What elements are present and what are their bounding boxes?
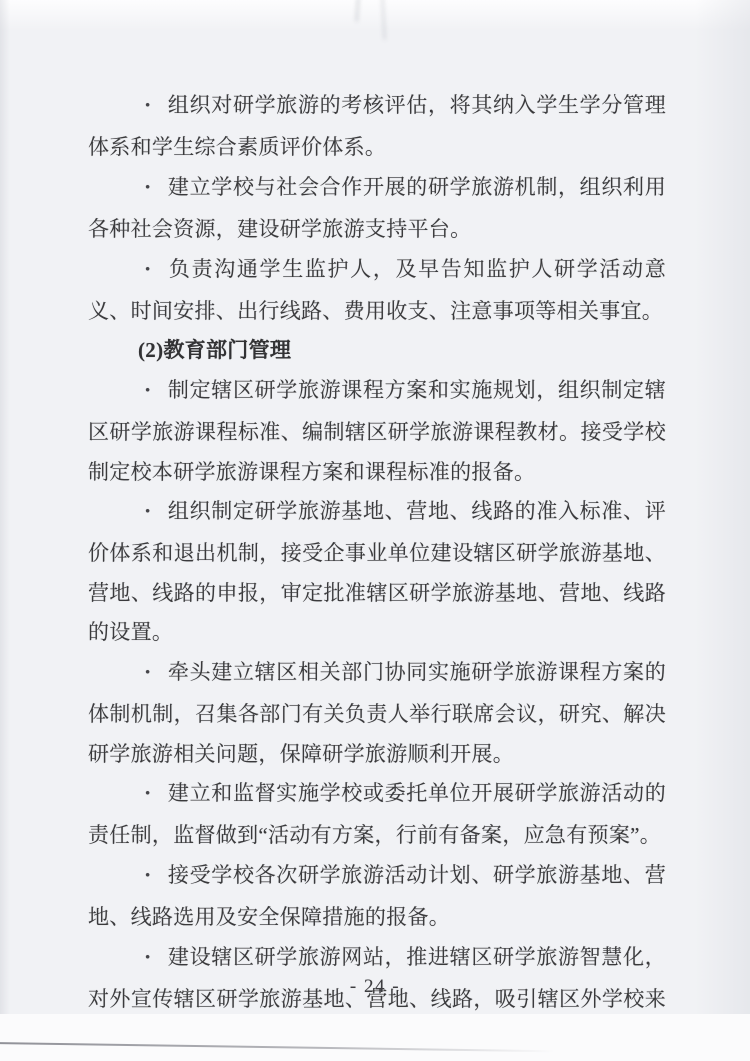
bullet-paragraph: •建立和监督实施学校或委托单位开展研学旅游活动的责任制，监督做到“活动有方案，行… — [88, 774, 666, 856]
paragraph-text: 组织对研学旅游的考核评估，将其纳入学生学分管理体系和学生综合素质评价体系。 — [88, 93, 666, 159]
paragraph-text: 建立学校与社会合作开展的研学旅游机制，组织利用各种社会资源，建设研学旅游支持平台… — [88, 175, 666, 241]
scan-top-light-band — [0, 0, 750, 30]
paragraph-text: 牵头建立辖区相关部门协同实施研学旅游课程方案的体制机制，召集各部门有关负责人举行… — [88, 660, 666, 766]
bullet-icon: • — [145, 262, 151, 278]
scan-bottom-band — [0, 1014, 750, 1061]
bullet-icon: • — [145, 868, 151, 884]
page-number: - 24 - — [0, 976, 750, 998]
paragraph-text: 建立和监督实施学校或委托单位开展研学旅游活动的责任制，监督做到“活动有方案，行前… — [88, 781, 666, 847]
bullet-icon: • — [145, 950, 151, 966]
scan-right-edge-shade — [695, 0, 750, 1061]
scan-left-edge-shade — [0, 0, 10, 1061]
paragraph-text: 制定辖区研学旅游课程方案和实施规划，组织制定辖区研学旅游课程标准、编制辖区研学旅… — [88, 378, 666, 484]
bullet-paragraph: •接受学校各次研学旅游活动计划、研学旅游基地、营地、线路选用及安全保障措施的报备… — [88, 856, 666, 938]
bullet-paragraph: •牵头建立辖区相关部门协同实施研学旅游课程方案的体制机制，召集各部门有关负责人举… — [88, 653, 666, 774]
bullet-paragraph: •负责沟通学生监护人，及早告知监护人研学活动意义、时间安排、出行线路、费用收支、… — [88, 250, 666, 332]
bullet-icon: • — [145, 665, 151, 681]
bullet-icon: • — [145, 98, 151, 114]
bullet-icon: • — [145, 383, 151, 399]
bullet-paragraph: •组织制定研学旅游基地、营地、线路的准入标准、评价体系和退出机制，接受企事业单位… — [88, 492, 666, 653]
paragraph-text: 接受学校各次研学旅游活动计划、研学旅游基地、营地、线路选用及安全保障措施的报备。 — [88, 863, 666, 929]
bullet-paragraph: •制定辖区研学旅游课程方案和实施规划，组织制定辖区研学旅游课程标准、编制辖区研学… — [88, 371, 666, 492]
bullet-paragraph: •建立学校与社会合作开展的研学旅游机制，组织利用各种社会资源，建设研学旅游支持平… — [88, 168, 666, 250]
bullet-paragraph: •组织对研学旅游的考核评估，将其纳入学生学分管理体系和学生综合素质评价体系。 — [88, 86, 666, 168]
paragraph-text: 组织制定研学旅游基地、营地、线路的准入标准、评价体系和退出机制，接受企事业单位建… — [88, 499, 666, 644]
section-heading: (2)教育部门管理 — [88, 331, 666, 370]
bullet-icon: • — [145, 786, 151, 802]
document-body: •组织对研学旅游的考核评估，将其纳入学生学分管理体系和学生综合素质评价体系。 •… — [88, 86, 666, 1059]
bullet-icon: • — [145, 180, 151, 196]
bullet-icon: • — [145, 504, 151, 520]
paragraph-text: 负责沟通学生监护人，及早告知监护人研学活动意义、时间安排、出行线路、费用收支、注… — [88, 257, 666, 323]
